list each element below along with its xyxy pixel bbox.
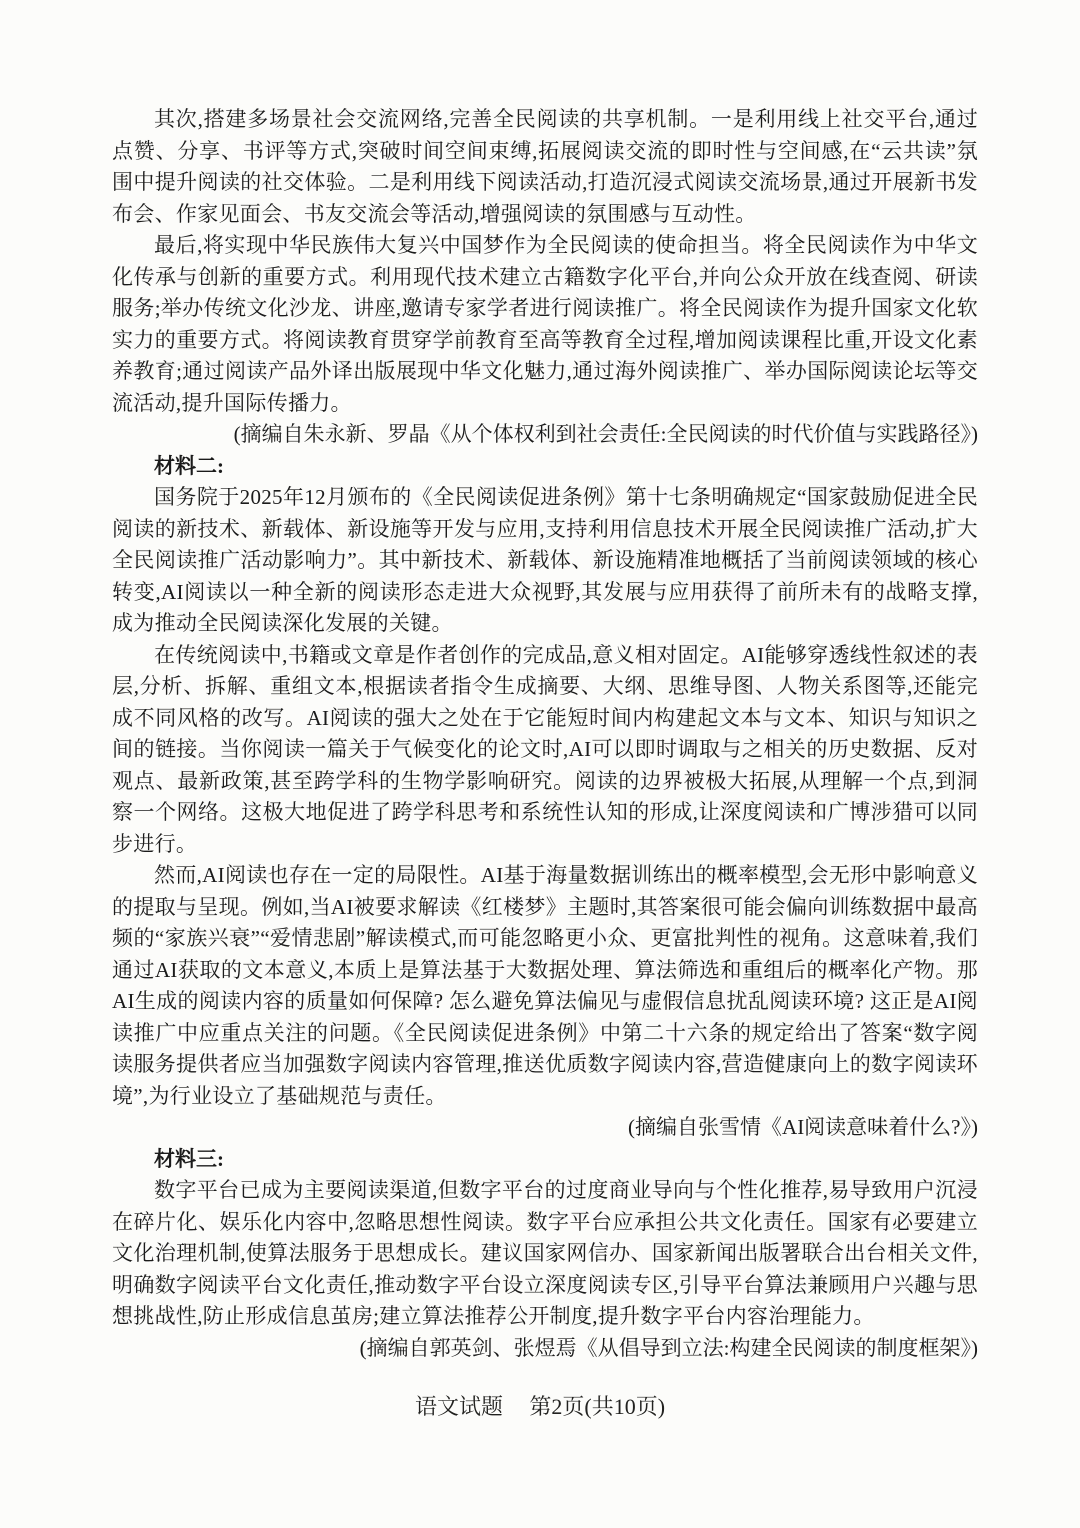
material-three-paragraph-shuzipingtai: 数字平台已成为主要阅读渠道,但数字平台的过度商业导向与个性化推荐,易导致用户沉浸… <box>112 1175 978 1333</box>
material-two-attribution: (摘编自张雪情《AI阅读意味着什么?》) <box>112 1112 978 1144</box>
material-two-paragraph-raner: 然而,AI阅读也存在一定的局限性。AI基于海量数据训练出的概率模型,会无形中影响… <box>112 860 978 1112</box>
material-one-attribution: (摘编自朱永新、罗晶《从个体权利到社会责任:全民阅读的时代价值与实践路径》) <box>112 419 978 451</box>
page-content: 其次,搭建多场景社会交流网络,完善全民阅读的共享机制。一是利用线上社交平台,通过… <box>112 104 978 1364</box>
material-one-paragraph-cixi: 其次,搭建多场景社会交流网络,完善全民阅读的共享机制。一是利用线上社交平台,通过… <box>112 104 978 230</box>
footer-subject-label: 语文试题 <box>415 1394 503 1419</box>
material-three-heading: 材料三: <box>112 1144 978 1176</box>
page-footer: 语文试题第2页(共10页) <box>0 1392 1080 1422</box>
material-two-heading: 材料二: <box>112 451 978 483</box>
material-three-attribution: (摘编自郭英剑、张煜焉《从倡导到立法:构建全民阅读的制度框架》) <box>112 1333 978 1365</box>
material-two-paragraph-chuantong: 在传统阅读中,书籍或文章是作者创作的完成品,意义相对固定。AI能够穿透线性叙述的… <box>112 640 978 861</box>
material-two-paragraph-guowuyuan: 国务院于2025年12月颁布的《全民阅读促进条例》第十七条明确规定“国家鼓励促进… <box>112 482 978 640</box>
footer-page-number: 第2页(共10页) <box>529 1394 665 1419</box>
exam-paper-page: 其次,搭建多场景社会交流网络,完善全民阅读的共享机制。一是利用线上社交平台,通过… <box>0 0 1080 1528</box>
material-one-paragraph-zuihou: 最后,将实现中华民族伟大复兴中国梦作为全民阅读的使命担当。将全民阅读作为中华文化… <box>112 230 978 419</box>
